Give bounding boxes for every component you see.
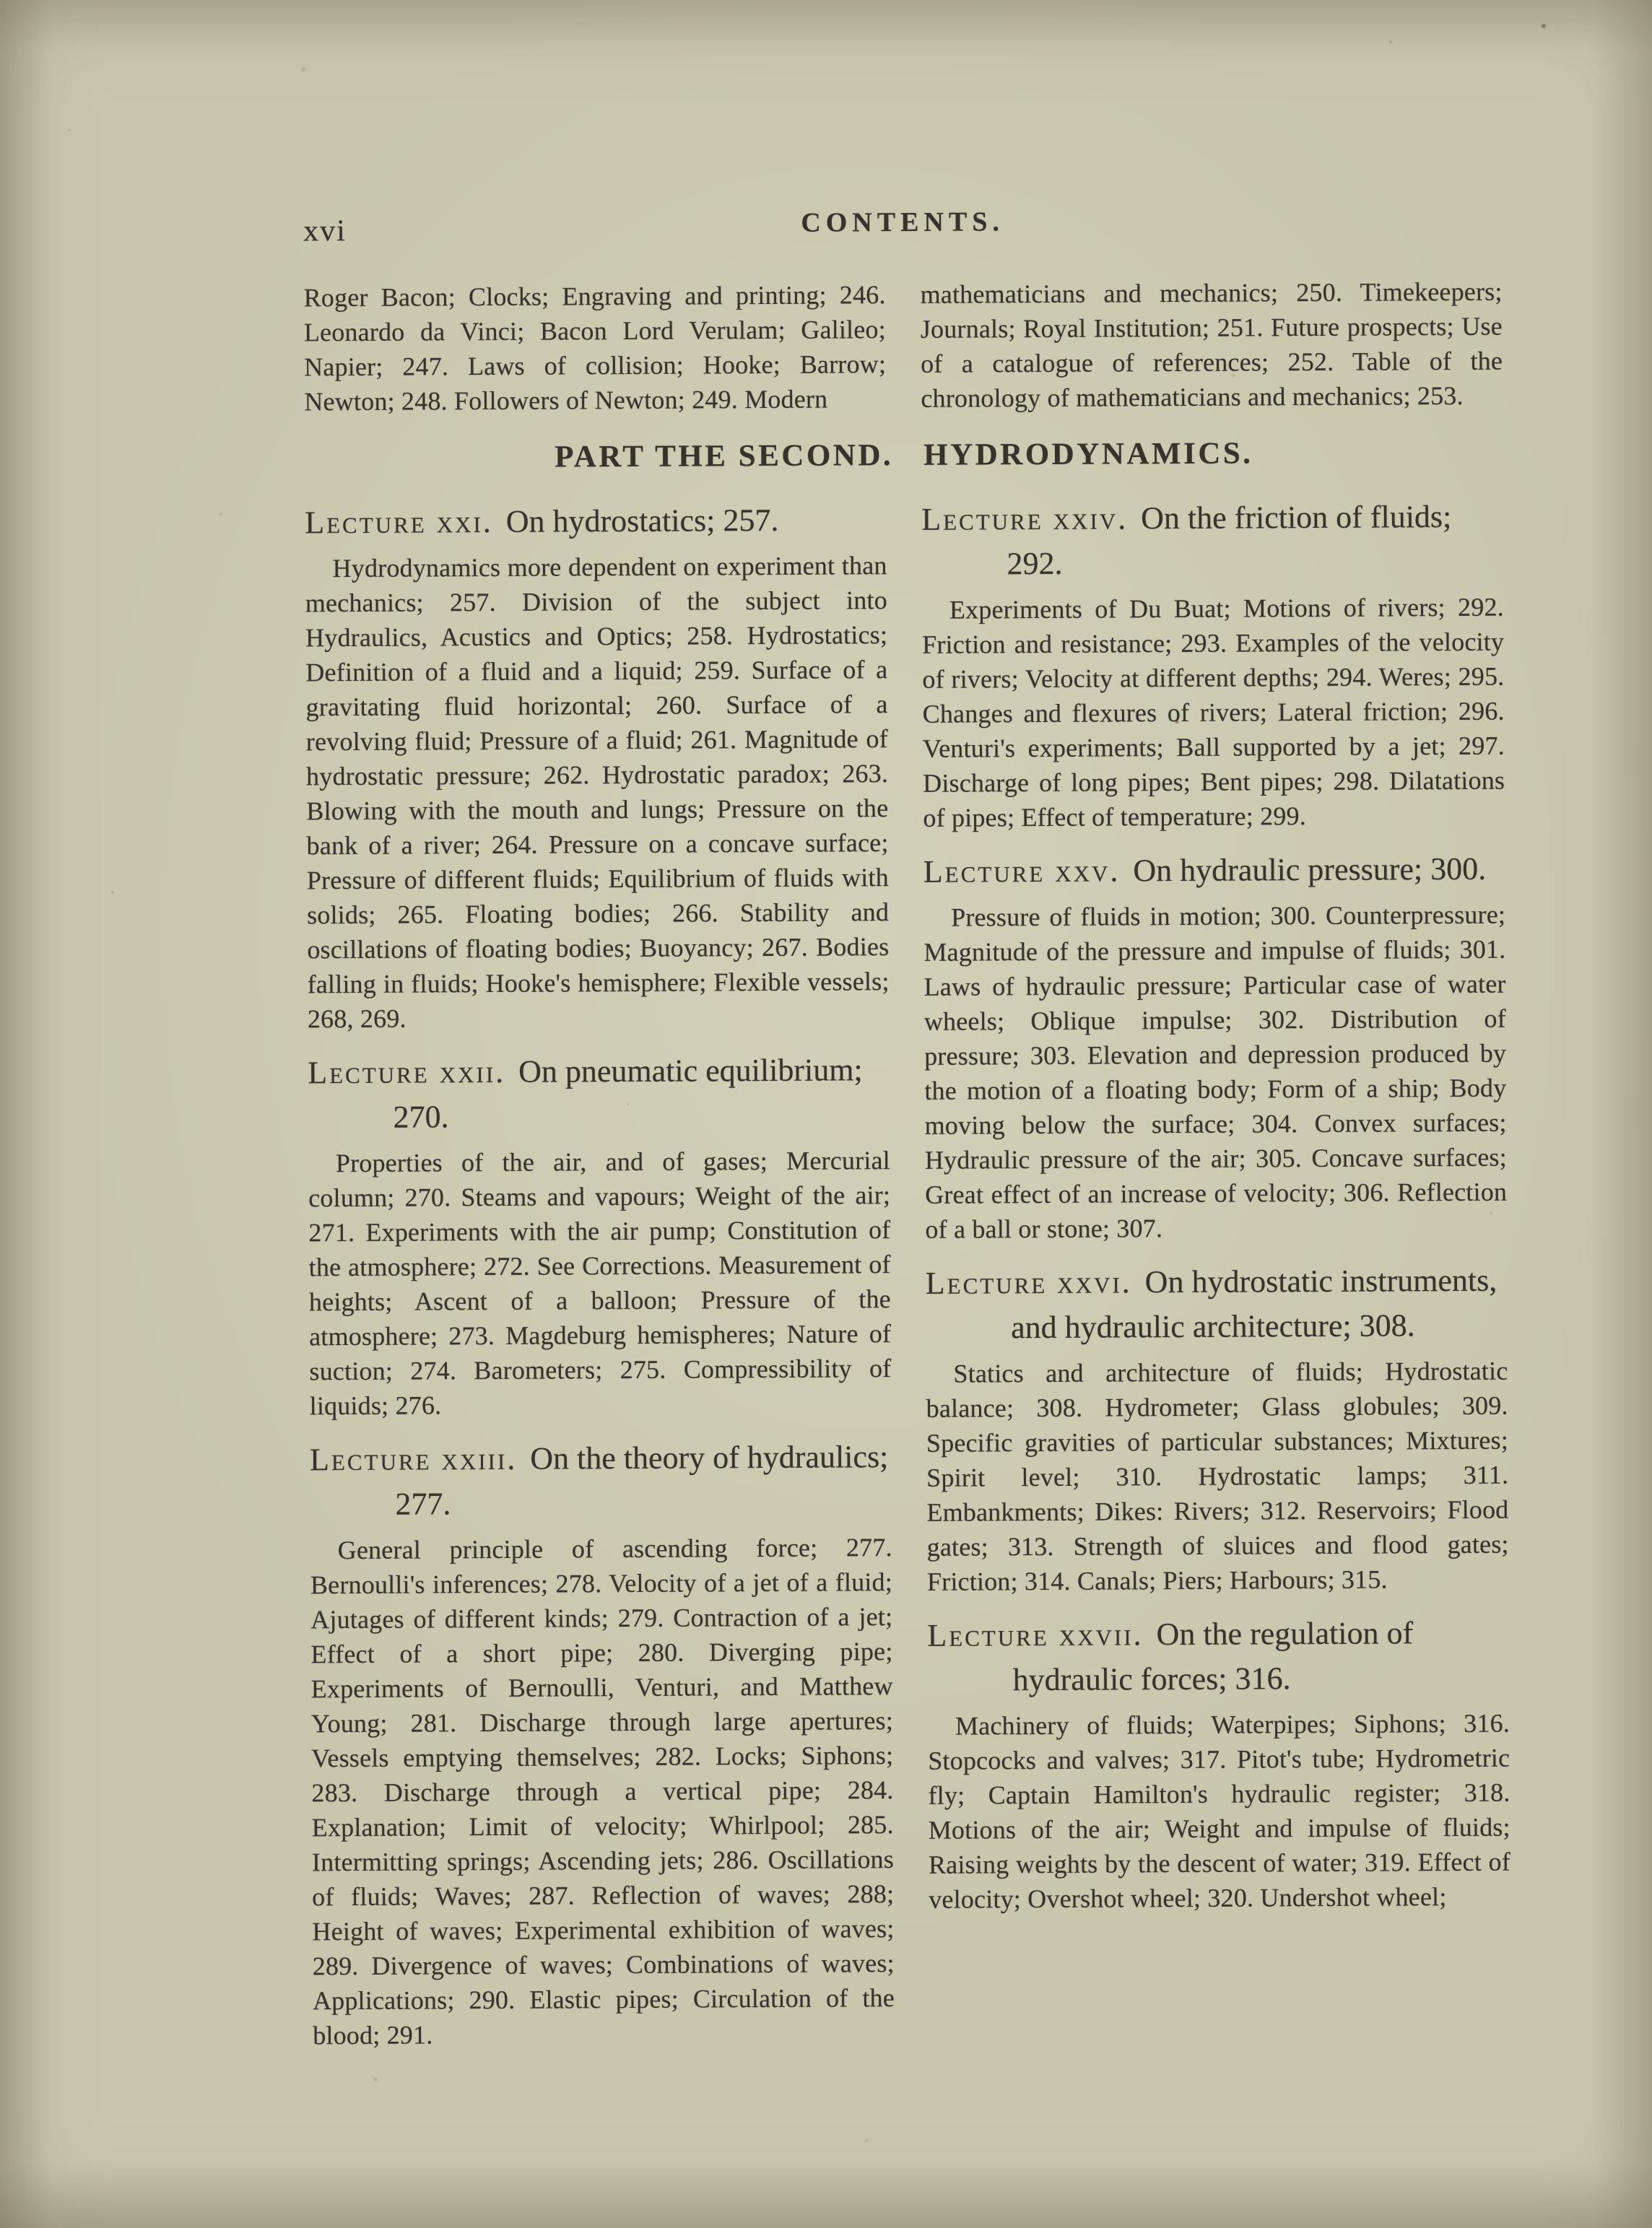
lecture-section-xxiii: Lecture xxiii.On the theory of hydraulic… xyxy=(310,1435,895,2053)
lecture-label: Lecture xxiii. xyxy=(310,1441,517,1478)
lecture-section-xxi: Lecture xxi.On hydrostatics; 257. Hydrod… xyxy=(305,497,890,1036)
page-header: xvi CONTENTS. xyxy=(303,204,1502,251)
lecture-heading: Lecture xxiii.On the theory of hydraulic… xyxy=(310,1435,892,1527)
part-heading-part: PART THE SECOND. xyxy=(555,438,893,474)
lecture-body: General principle of ascending force; 27… xyxy=(310,1530,895,2053)
lecture-heading: Lecture xxvii.On the regulation of hydra… xyxy=(927,1611,1510,1703)
lecture-section-xxv: Lecture xxv.On hydraulic pressure; 300. … xyxy=(923,847,1508,1247)
lecture-body: Properties of the air, and of gases; Mer… xyxy=(308,1143,892,1423)
lecture-heading: Lecture xxv.On hydraulic pressure; 300. xyxy=(923,847,1505,895)
lecture-title: On hydraulic pressure; 300. xyxy=(1133,851,1486,889)
part-heading: PART THE SECOND. HYDRODYNAMICS. xyxy=(305,435,1503,477)
lecture-body: Experiments of Du Buat; Motions of river… xyxy=(922,590,1505,835)
intro-paragraph-right: mathematicians and mechanics; 250. Timek… xyxy=(921,274,1503,416)
lecture-section-xxii: Lecture xxii.On pneumatic equilibrium; 2… xyxy=(308,1048,892,1423)
lecture-label: Lecture xxii. xyxy=(308,1054,505,1090)
intro-row: Roger Bacon; Clocks; Engraving and print… xyxy=(304,274,1503,419)
lecture-label: Lecture xxvii. xyxy=(927,1616,1143,1653)
lecture-label: Lecture xxi. xyxy=(305,504,493,540)
book-page-scan: xvi CONTENTS. Roger Bacon; Clocks; Engra… xyxy=(0,0,1652,2228)
lecture-body: Hydrodynamics more dependent on experime… xyxy=(305,548,890,1036)
lecture-title: On hydrostatics; 257. xyxy=(506,502,779,539)
right-column: Lecture xxiv.On the friction of fluids; … xyxy=(921,480,1511,2050)
lecture-body: Machinery of fluids; Waterpipes; Siphons… xyxy=(928,1706,1510,1917)
lecture-heading: Lecture xxi.On hydrostatics; 257. xyxy=(305,497,887,545)
lecture-body: Pressure of fluids in motion; 300. Count… xyxy=(923,897,1508,1247)
left-column: Lecture xxi.On hydrostatics; 257. Hydrod… xyxy=(305,483,895,2053)
lecture-heading: Lecture xxvi.On hydrostatic instruments,… xyxy=(926,1258,1508,1351)
lecture-body: Statics and architecture of fluids; Hydr… xyxy=(926,1354,1509,1599)
lecture-heading: Lecture xxii.On pneumatic equilibrium; 2… xyxy=(308,1048,890,1140)
lecture-label: Lecture xxvi. xyxy=(926,1264,1132,1300)
page-content: xvi CONTENTS. Roger Bacon; Clocks; Engra… xyxy=(303,204,1511,2053)
intro-right-column: mathematicians and mechanics; 250. Timek… xyxy=(921,274,1503,416)
page-title: CONTENTS. xyxy=(303,204,1502,242)
lecture-heading: Lecture xxiv.On the friction of fluids; … xyxy=(921,495,1504,587)
sections-row: Lecture xxi.On hydrostatics; 257. Hydrod… xyxy=(305,480,1511,2053)
lecture-label: Lecture xxiv. xyxy=(921,500,1128,536)
lecture-label: Lecture xxv. xyxy=(923,853,1121,889)
lecture-section-xxiv: Lecture xxiv.On the friction of fluids; … xyxy=(921,495,1505,835)
part-heading-subject: HYDRODYNAMICS. xyxy=(923,435,1253,472)
lecture-section-xxvii: Lecture xxvii.On the regulation of hydra… xyxy=(927,1611,1510,1917)
intro-left-column: Roger Bacon; Clocks; Engraving and print… xyxy=(304,277,887,419)
lecture-section-xxvi: Lecture xxvi.On hydrostatic instruments,… xyxy=(926,1258,1509,1599)
intro-paragraph-left: Roger Bacon; Clocks; Engraving and print… xyxy=(304,277,887,419)
